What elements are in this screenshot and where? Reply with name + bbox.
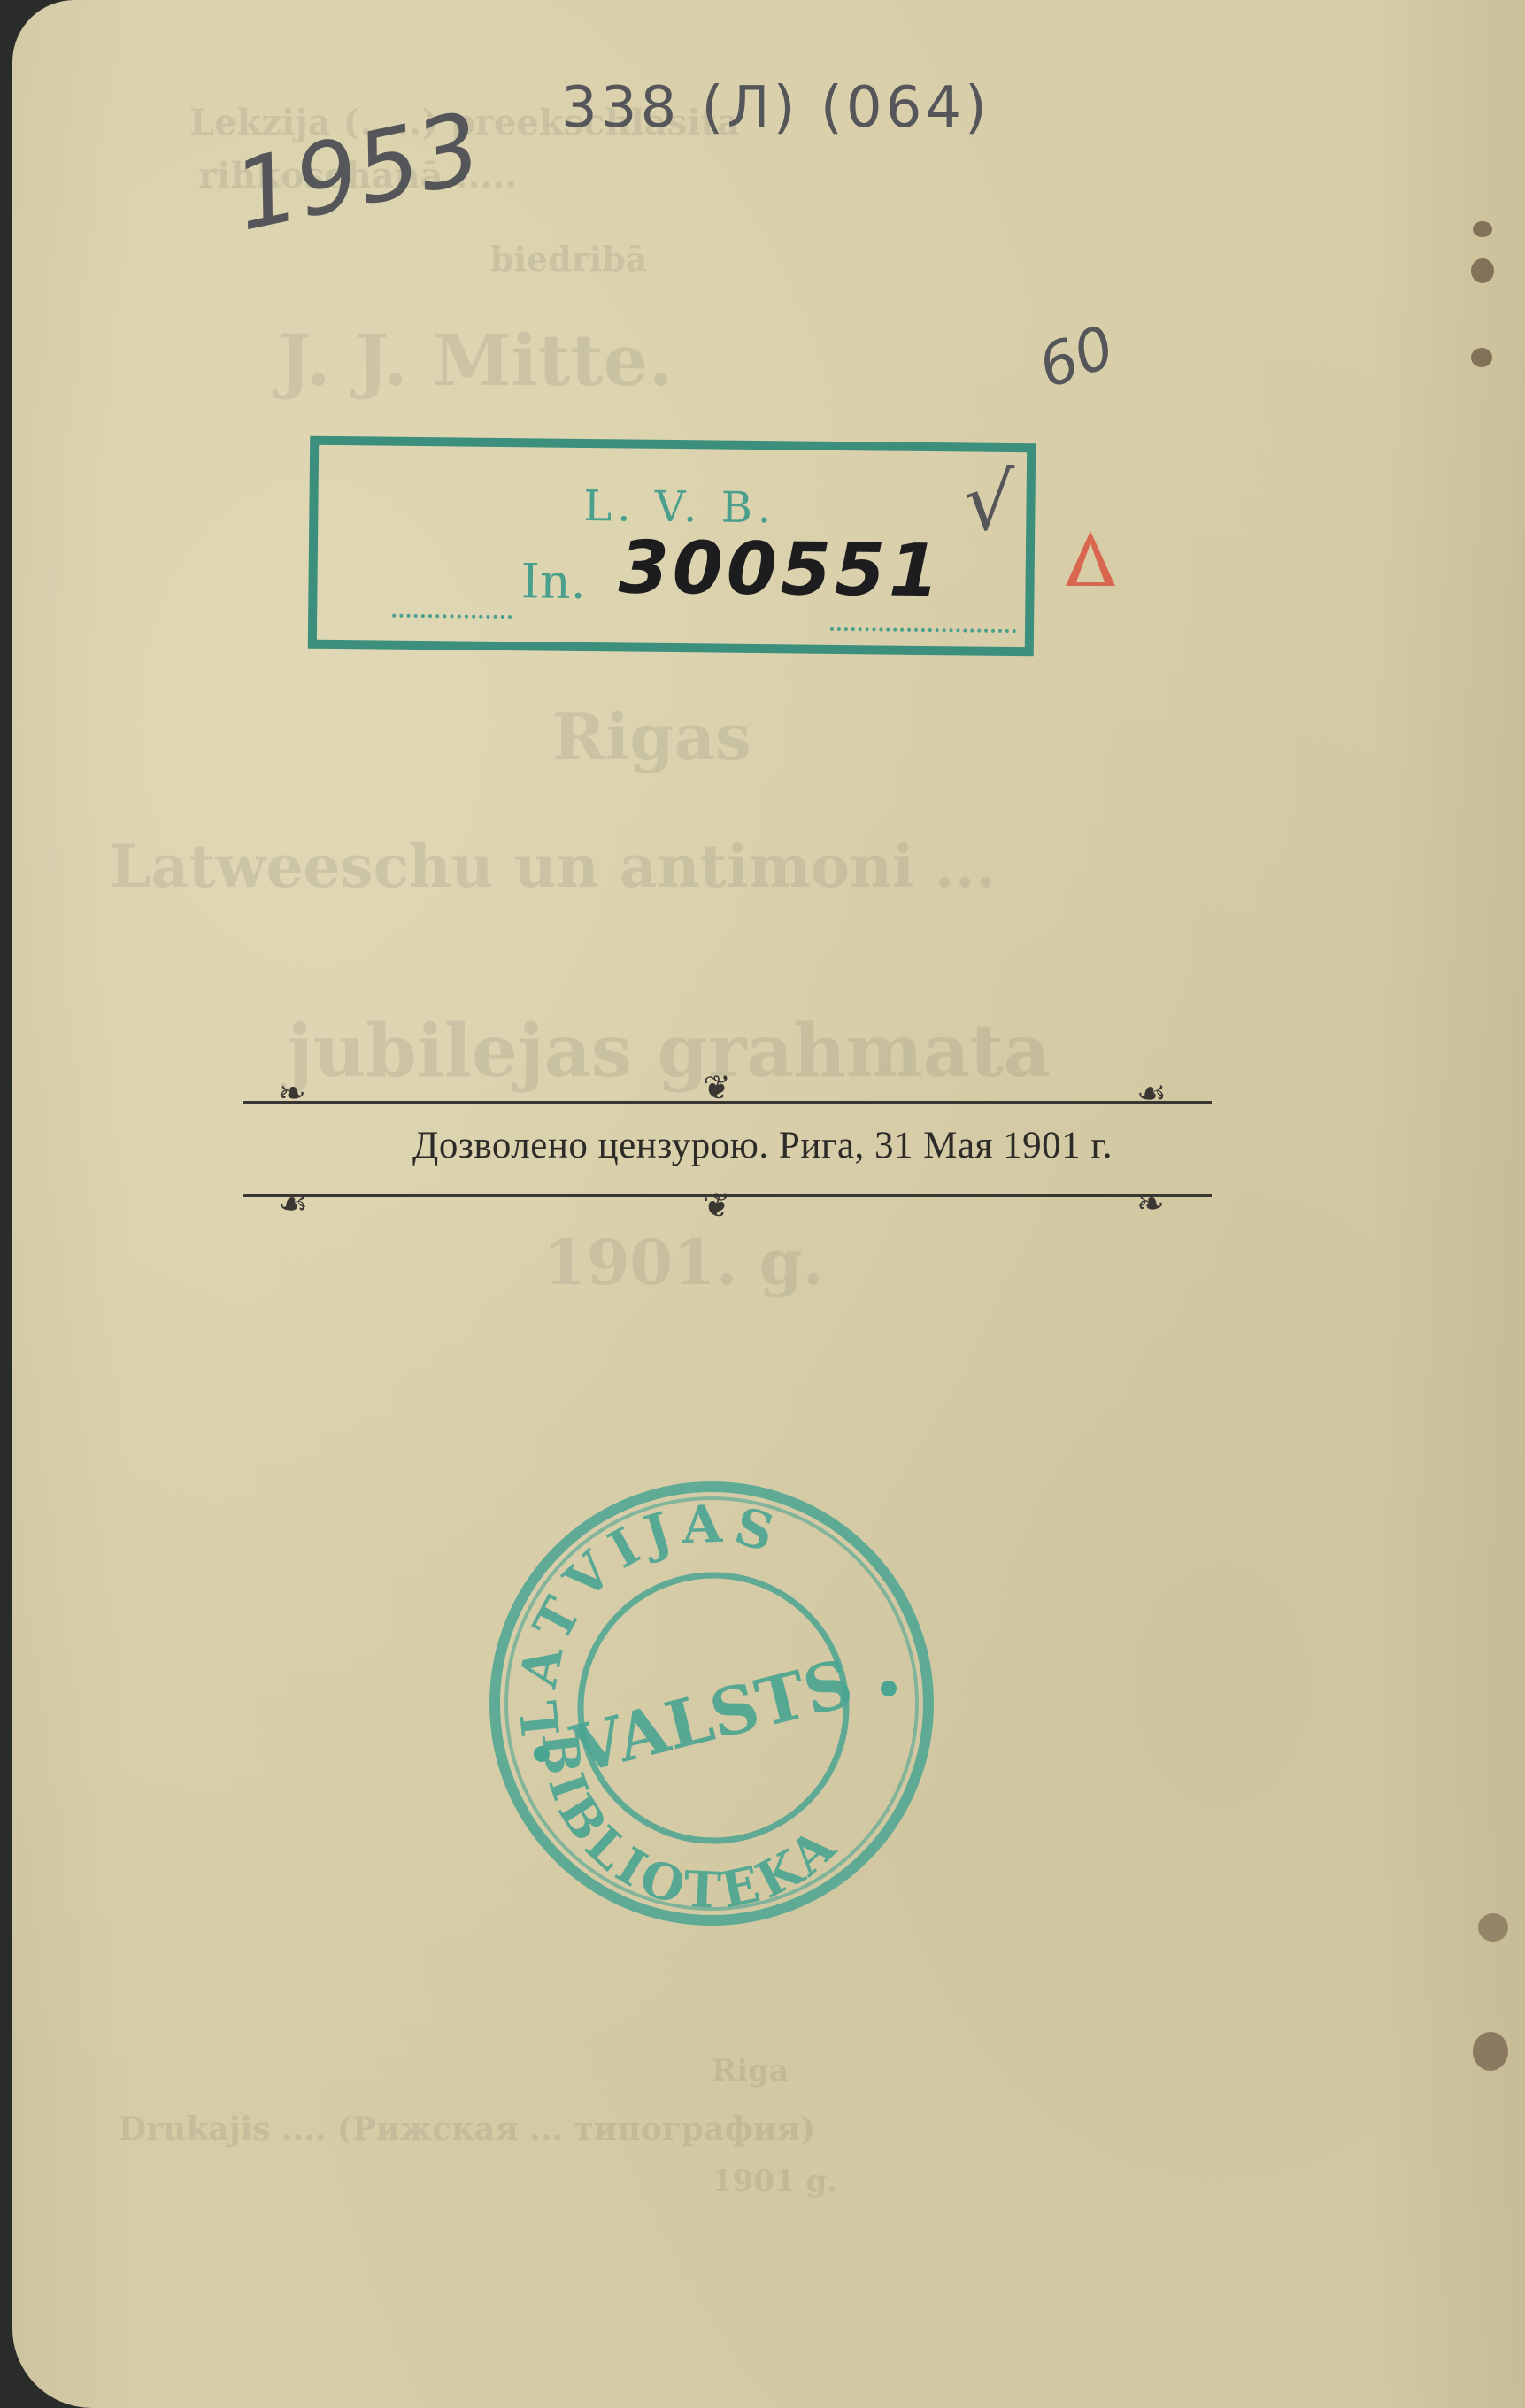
stain-mark <box>1473 2032 1508 2071</box>
ornament-center-icon: ❦ <box>703 1074 731 1101</box>
ornamental-rule-top: ❧ ❦ ☙ <box>243 1089 1212 1115</box>
ornamental-rule-bottom: ☙ ❦ ❧ <box>243 1181 1212 1208</box>
bleed-through-line: Rigas <box>552 699 751 774</box>
bleed-through-line: Latweeschu un antimoni ... <box>110 832 996 901</box>
inventory-stamp: L. V. B. In. 300551 <box>308 436 1036 657</box>
bleed-through-line: jubilejas grahmata <box>287 1009 1051 1094</box>
pencil-checkmark: √ <box>964 456 1014 549</box>
bleed-through-line: biedribā <box>490 239 647 279</box>
censorship-approval-text: Дозволено цензурою. Рига, 31 Мая 1901 г. <box>0 1124 1525 1167</box>
ornament-right-icon: ❧ <box>1136 1190 1165 1217</box>
ornament-left-icon: ❧ <box>278 1080 306 1106</box>
bleed-through-line: Riga <box>712 2053 789 2089</box>
stain-mark <box>1471 258 1494 283</box>
stain-mark <box>1478 1913 1508 1942</box>
round-stamp-icon: LATVIJAS BIBLIOTEKA VALSTS <box>481 1469 942 1929</box>
red-delta-inner <box>1076 543 1105 582</box>
bleed-through-line: J. J. Mitte. <box>278 319 673 402</box>
ornament-center-icon: ❦ <box>703 1192 731 1219</box>
stamp-dotted-line-left <box>392 614 512 619</box>
inventory-number: 300551 <box>618 526 943 613</box>
stamp-title: L. V. B. <box>583 481 776 533</box>
ornament-left-icon: ☙ <box>278 1190 308 1217</box>
ornament-right-icon: ☙ <box>1136 1080 1167 1106</box>
document-page: Lekzija (.....) preekschlasita rihkoscha… <box>12 0 1525 2408</box>
pencil-shelfmark: 338 (Л) (064) <box>561 75 990 141</box>
stamp-prefix: In. <box>520 553 586 610</box>
stamp-dotted-line-right <box>830 627 1016 633</box>
latvian-state-library-stamp: LATVIJAS BIBLIOTEKA VALSTS <box>481 1469 942 1929</box>
stain-mark <box>1471 348 1492 367</box>
stamp-center-text: VALSTS <box>564 1645 860 1789</box>
bleed-through-line: 1901. g. <box>543 1226 824 1299</box>
bleed-through-line: 1901 g. <box>712 2164 837 2199</box>
stain-mark <box>1473 221 1492 237</box>
pencil-number-60: 60 <box>1029 312 1122 402</box>
bleed-through-line: Drukajis .... (Рижская ... типография) <box>119 2111 815 2148</box>
